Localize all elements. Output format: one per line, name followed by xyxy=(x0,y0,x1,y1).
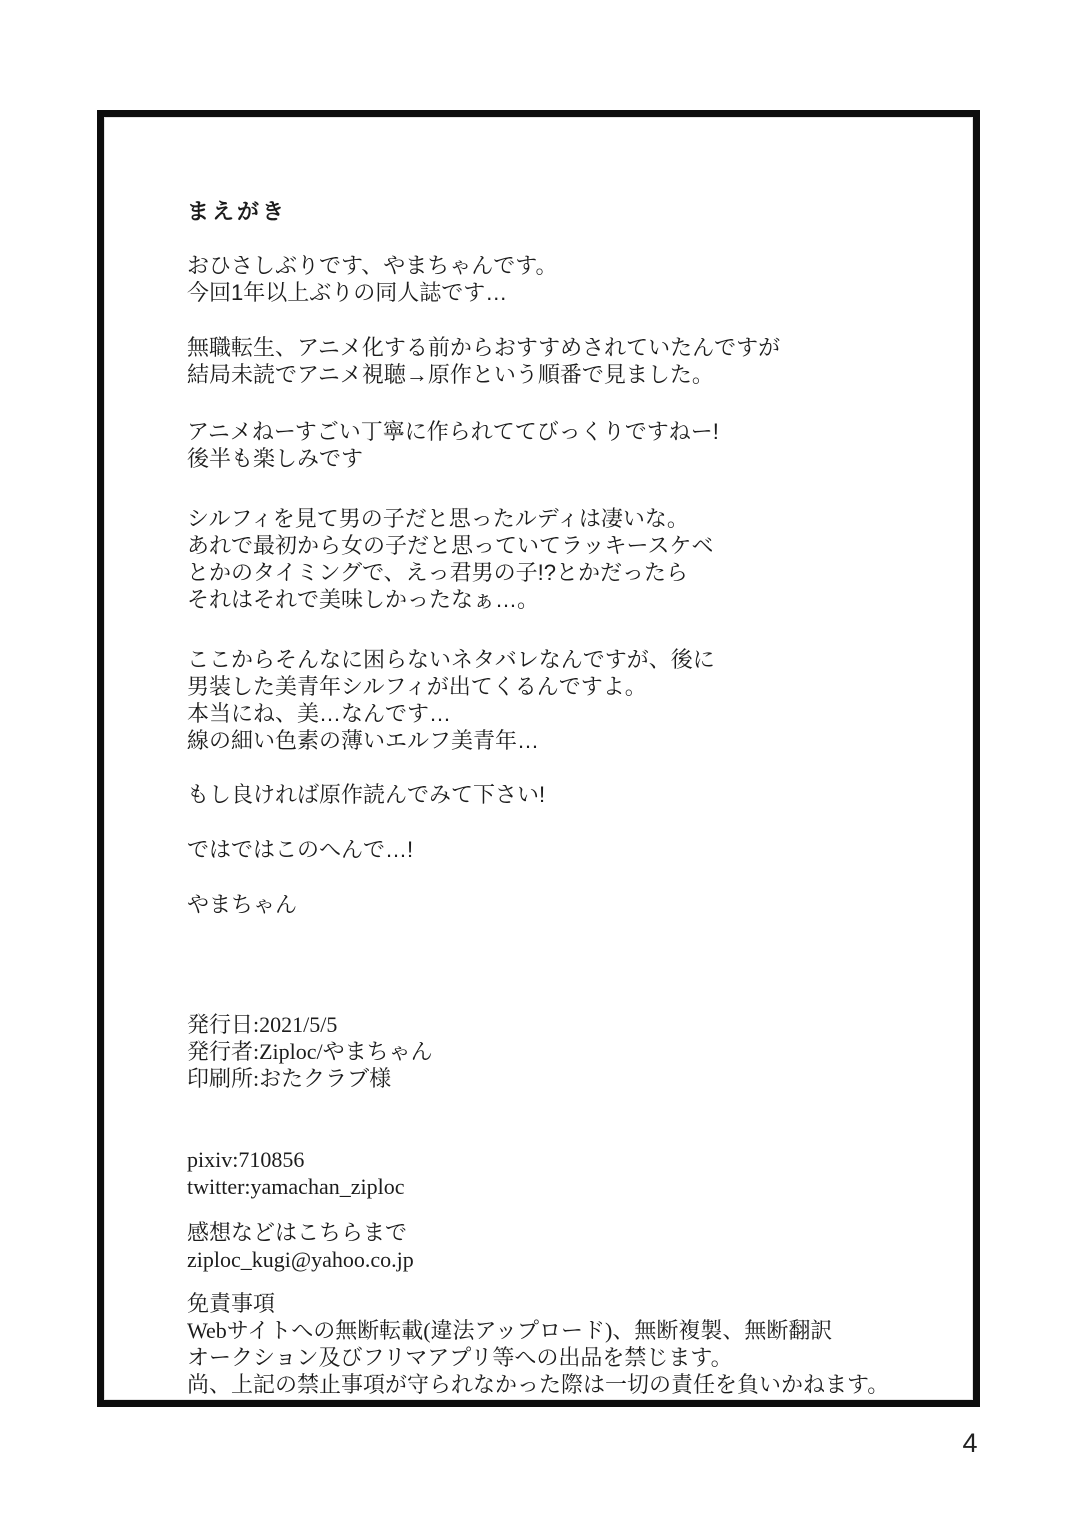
preface-line: それはそれで美味しかったなぁ…。 xyxy=(187,586,918,613)
preface-paragraph-closing: ではではこのへんで…! xyxy=(187,836,918,863)
preface-paragraph-spoiler: ここからそんなに困らないネタバレなんですが、後に 男装した美青年シルフィが出てく… xyxy=(187,646,918,754)
sns-block: pixiv:710856 twitter:yamachan_ziploc xyxy=(187,1146,918,1200)
page-number: 4 xyxy=(950,1428,990,1458)
preface-line: もし良ければ原作読んでみて下さい! xyxy=(187,781,918,808)
preface-paragraph-greeting: おひさしぶりです、やまちゃんです。 今回1年以上ぶりの同人誌です… xyxy=(187,252,918,306)
preface-line: 本当にね、美…なんです… xyxy=(187,700,918,727)
preface-signature: やまちゃん xyxy=(187,891,918,918)
preface-line: ではではこのへんで…! xyxy=(187,836,918,863)
preface-line: とかのタイミングで、えっ君男の子!?とかだったら xyxy=(187,559,918,586)
preface-line: 今回1年以上ぶりの同人誌です… xyxy=(187,279,918,306)
preface-line: 線の細い色素の薄いエルフ美青年… xyxy=(187,727,918,754)
preface-line: アニメねーすごい丁寧に作られててびっくりですねー! xyxy=(187,418,918,445)
contact-block: 感想などはこちらまで ziploc_kugi@yahoo.co.jp xyxy=(187,1219,918,1273)
preface-line: 男装した美青年シルフィが出てくるんですよ。 xyxy=(187,673,918,700)
preface-paragraph-mushoku: 無職転生、アニメ化する前からおすすめされていたんですが 結局未読でアニメ視聴→原… xyxy=(187,334,918,388)
disclaimer-block: 免責事項 Webサイトへの無断転載(違法アップロード)、無断複製、無断翻訳 オー… xyxy=(187,1290,918,1398)
preface-heading: まえがき xyxy=(187,198,918,225)
preface-line: やまちゃん xyxy=(187,891,918,918)
pixiv-line: pixiv:710856 xyxy=(187,1146,918,1173)
preface-line: シルフィを見て男の子だと思ったルディは凄いな。 xyxy=(187,505,918,532)
contact-email-line: ziploc_kugi@yahoo.co.jp xyxy=(187,1246,918,1273)
preface-paragraph-recommend: もし良ければ原作読んでみて下さい! xyxy=(187,781,918,808)
disclaimer-line: オークション及びフリマアプリ等への出品を禁じます。 xyxy=(187,1344,918,1371)
preface-line: 後半も楽しみです xyxy=(187,445,918,472)
preface-line: 無職転生、アニメ化する前からおすすめされていたんですが xyxy=(187,334,918,361)
preface-line: 結局未読でアニメ視聴→原作という順番で見ました。 xyxy=(187,361,918,388)
disclaimer-line: 尚、上記の禁止事項が守られなかった際は一切の責任を負いかねます。 xyxy=(187,1371,918,1398)
printer-line: 印刷所:おたクラブ様 xyxy=(187,1065,918,1092)
twitter-line: twitter:yamachan_ziploc xyxy=(187,1173,918,1200)
preface-paragraph-anime: アニメねーすごい丁寧に作られててびっくりですねー! 後半も楽しみです xyxy=(187,418,918,472)
disclaimer-heading: 免責事項 xyxy=(187,1290,918,1317)
content-frame: まえがき おひさしぶりです、やまちゃんです。 今回1年以上ぶりの同人誌です… 無… xyxy=(97,110,980,1407)
preface-paragraph-sylphy: シルフィを見て男の子だと思ったルディは凄いな。 あれで最初から女の子だと思ってい… xyxy=(187,505,918,613)
publisher-line: 発行者:Ziploc/やまちゃん xyxy=(187,1038,918,1065)
preface-line: ここからそんなに困らないネタバレなんですが、後に xyxy=(187,646,918,673)
preface-line: おひさしぶりです、やまちゃんです。 xyxy=(187,252,918,279)
disclaimer-line: Webサイトへの無断転載(違法アップロード)、無断複製、無断翻訳 xyxy=(187,1317,918,1344)
contact-label-line: 感想などはこちらまで xyxy=(187,1219,918,1246)
preface-line: あれで最初から女の子だと思っていてラッキースケベ xyxy=(187,532,918,559)
publish-date-line: 発行日:2021/5/5 xyxy=(187,1011,918,1038)
colophon-block: 発行日:2021/5/5 発行者:Ziploc/やまちゃん 印刷所:おたクラブ様 xyxy=(187,1011,918,1092)
page: まえがき おひさしぶりです、やまちゃんです。 今回1年以上ぶりの同人誌です… 無… xyxy=(0,0,1075,1518)
